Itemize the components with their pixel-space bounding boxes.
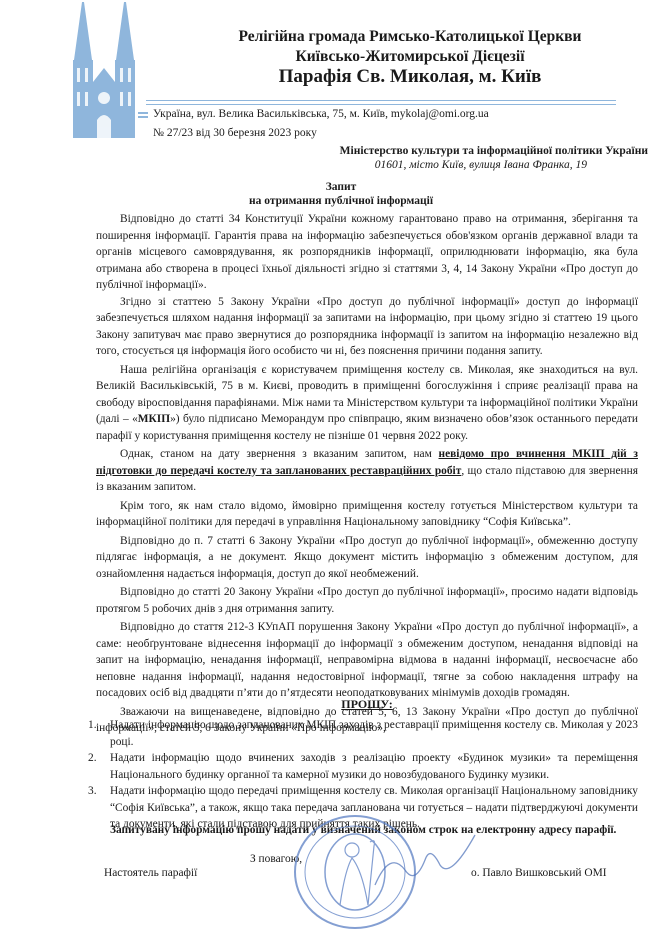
paragraph: Однак, станом на дату звернення з вказан… <box>96 446 638 496</box>
paragraph: Крім того, як нам стало відомо, ймовірно… <box>96 498 638 531</box>
list-item: 2.Надати інформацію щодо вчинених заході… <box>110 750 638 783</box>
list-text: Надати інформацію щодо вчинених заходів … <box>110 752 638 781</box>
paragraph: Згідно зі статтею 5 Закону України «Про … <box>96 294 638 360</box>
document-number: № 27/23 від 30 березня 2023 року <box>153 127 317 139</box>
header-divider <box>146 100 616 101</box>
list-text: Надати інформацію щодо запланованих МКІП… <box>110 719 638 748</box>
cathedral-icon <box>72 2 148 138</box>
paragraph-text: Однак, станом на дату звернення з вказан… <box>120 448 439 460</box>
list-number: 3. <box>88 783 97 800</box>
list-item: 1.Надати інформацію щодо запланованих МК… <box>110 717 638 750</box>
header-divider <box>146 104 616 105</box>
recipient-name: Міністерство культури та інформаційної п… <box>340 145 648 157</box>
paragraph: Відповідно до п. 7 статті 6 Закону Украї… <box>96 533 638 583</box>
list-number: 1. <box>88 717 97 734</box>
parish-address: Україна, вул. Велика Васильківська, 75, … <box>153 108 489 120</box>
paragraph-text: ») було підписано Меморандум про співпра… <box>96 413 638 442</box>
recipient-address: 01601, місто Київ, вулиця Івана Франка, … <box>375 159 587 171</box>
paragraph: Наша релігійна організація є користуваче… <box>96 362 638 445</box>
mkip-abbreviation: МКІП <box>138 413 170 425</box>
org-name-line1: Релігійна громада Римсько-Католицької Це… <box>150 28 670 46</box>
signer-position: Настоятель парафії <box>104 867 197 879</box>
signature-icon <box>370 830 480 900</box>
signer-name: о. Павло Вишковський OMI <box>471 867 607 879</box>
letter-body: Відповідно до статті 34 Конституції Укра… <box>96 211 638 737</box>
org-name-line2: Київсько-Житомирської Дієцезії <box>150 48 670 66</box>
paragraph: Відповідно до статті 20 Закону України «… <box>96 584 638 617</box>
paragraph: Відповідно до статті 34 Конституції Укра… <box>96 211 638 294</box>
request-heading: ПРОШУ: <box>96 697 638 712</box>
paragraph: Відповідно до стаття 212-3 КУпАП порушен… <box>96 619 638 702</box>
document-title: Запит <box>96 181 586 193</box>
parish-name: Парафія Св. Миколая, м. Київ <box>150 66 670 88</box>
document-subtitle: на отримання публічної інформації <box>96 195 586 207</box>
list-number: 2. <box>88 750 97 767</box>
